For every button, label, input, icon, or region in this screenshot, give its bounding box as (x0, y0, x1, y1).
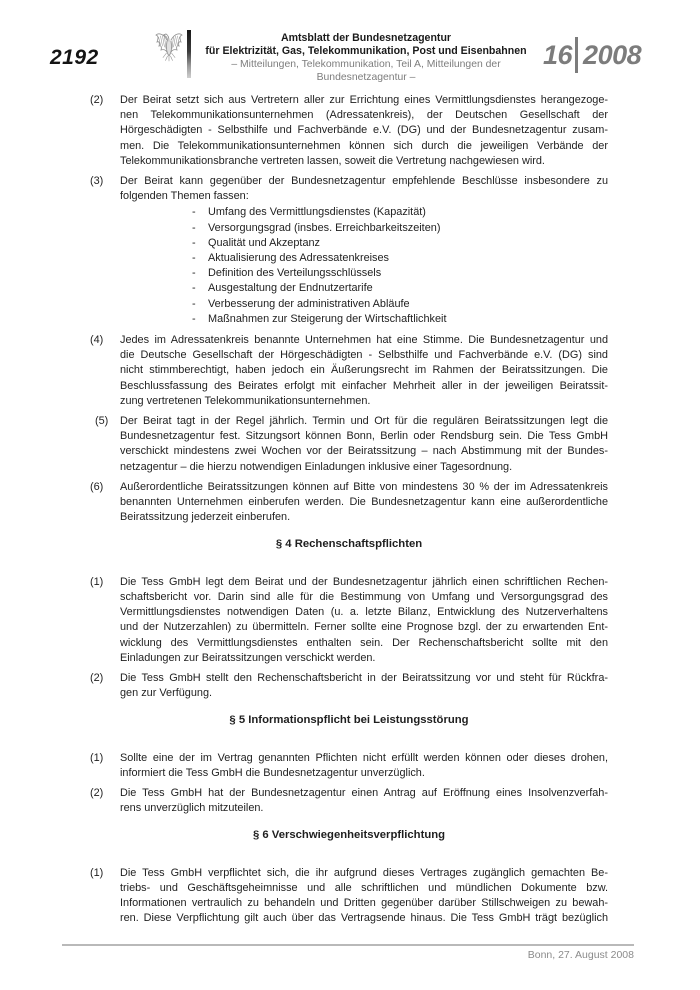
paragraph-line: Die Tess GmbH hat der Bundesnetzagentur … (120, 786, 608, 801)
paragraph-line: schaftsbericht vor. Darin sind alle für … (120, 590, 608, 605)
paragraph-number: (1) (90, 866, 120, 927)
paragraph-line: gen zur Verfügung. (120, 686, 608, 701)
paragraph-line: rens unverzüglich mitzuteilen. (120, 801, 608, 816)
paragraph-line: Einladungen zur Beiratssitzungen verschi… (120, 651, 608, 666)
paragraph-line: verschickt mindestens zwei Wochen vor de… (120, 444, 608, 459)
paragraph-line: Beschlussfassung des Beirates erfolgt mi… (120, 379, 608, 394)
paragraph-text: Jedes im Adressatenkreis benannte Untern… (120, 333, 608, 409)
paragraph-line: folgenden Themen fassen: (120, 189, 608, 204)
paragraph-number: (6) (90, 480, 120, 526)
paragraph-line: Beiratssitzung jederzeit einberufen. (120, 510, 608, 525)
list-dash-icon: - (192, 266, 208, 281)
numbered-paragraph: (5)Der Beirat tagt in der Regel jährlich… (90, 414, 608, 475)
paragraph-line: informiert die Tess GmbH die Bundesnetza… (120, 766, 608, 781)
issue-number: 16 (543, 40, 572, 71)
paragraph-number: (2) (90, 671, 120, 701)
paragraph-text: Der Beirat tagt in der Regel jährlich. T… (120, 414, 608, 475)
topics-list: -Umfang des Vermittlungsdienstes (Kapazi… (192, 205, 608, 327)
paragraph-text: Sollte eine der im Vertrag genannten Pfl… (120, 751, 608, 781)
paragraph-line: Der Beirat tagt in der Regel jährlich. T… (120, 414, 608, 429)
list-item-text: Definition des Verteilungsschlüssels (208, 266, 381, 281)
paragraph-line: Vermittlungsdienstes notwendigen Daten (… (120, 605, 608, 620)
paragraph-line: netzagentur – die hierzu notwendigen Ein… (120, 460, 608, 475)
paragraph-number: (1) (90, 575, 120, 666)
paragraph-number: (3) (90, 174, 120, 204)
list-item-text: Umfang des Vermittlungsdienstes (Kapazit… (208, 205, 426, 220)
paragraph-text: Außerordentliche Beiratssitzungen können… (120, 480, 608, 526)
paragraph-text: Die Tess GmbH legt dem Beirat und der Bu… (120, 575, 608, 666)
journal-title-line2: für Elektrizität, Gas, Telekommunikation… (205, 45, 527, 58)
paragraph-number: (1) (90, 751, 120, 781)
paragraph-line: Hörgeschädigten - Selbsthilfe und Fachve… (120, 123, 608, 138)
list-item-text: Aktualisierung des Adressatenkreises (208, 251, 389, 266)
list-item: -Maßnahmen zur Steigerung der Wirtschaft… (192, 312, 608, 327)
header-divider-bar (187, 30, 191, 78)
list-item: -Umfang des Vermittlungsdienstes (Kapazi… (192, 205, 608, 220)
numbered-paragraph: (1)Die Tess GmbH legt dem Beirat und der… (90, 575, 608, 666)
numbered-paragraph: (2)Der Beirat setzt sich aus Vertretern … (90, 93, 608, 169)
paragraph-line: wicklung des Vermittlungsdienstes enthal… (120, 636, 608, 651)
list-dash-icon: - (192, 236, 208, 251)
paragraph-line: Außerordentliche Beiratssitzungen können… (120, 480, 608, 495)
paragraph-line: nen Telekommunikationsunternehmen (Adres… (120, 108, 608, 123)
paragraph-line: ren. Diese Verpflichtung gilt auch über … (120, 911, 608, 926)
list-dash-icon: - (192, 312, 208, 327)
paragraph-line: Die Tess GmbH legt dem Beirat und der Bu… (120, 575, 608, 590)
paragraph-line: Die Tess GmbH stellt den Rechenschaftsbe… (120, 671, 608, 686)
paragraph-line: Der Beirat kann gegenüber der Bundesnetz… (120, 174, 608, 189)
journal-title-line1: Amtsblatt der Bundesnetzagentur (205, 32, 527, 45)
paragraph-line: Informationen vertraulich zu behandeln u… (120, 896, 608, 911)
list-item-text: Qualität und Akzeptanz (208, 236, 320, 251)
section-heading: § 4 Rechenschaftspflichten (90, 537, 608, 552)
paragraph-line: Sollte eine der im Vertrag genannten Pfl… (120, 751, 608, 766)
numbered-paragraph: (1)Die Tess GmbH verpflichtet sich, die … (90, 866, 608, 927)
numbered-paragraph: (2)Die Tess GmbH hat der Bundesnetzagent… (90, 786, 608, 816)
paragraph-text: Die Tess GmbH hat der Bundesnetzagentur … (120, 786, 608, 816)
paragraph-number: (5) (90, 414, 120, 475)
document-body: (2)Der Beirat setzt sich aus Vertretern … (90, 93, 608, 931)
list-item: -Qualität und Akzeptanz (192, 236, 608, 251)
paragraph-line: und der Nutzerzahlen) zu übermitteln. Fe… (120, 620, 608, 635)
federal-eagle-icon (154, 30, 184, 62)
paragraph-line: Bundesnetzagentur fest. Sitzungsort könn… (120, 429, 608, 444)
list-item: -Definition des Verteilungsschlüssels (192, 266, 608, 281)
paragraph-line: benannten Unternehmen einberufen werden.… (120, 495, 608, 510)
paragraph-line: die Deutsche Gesellschaft der Hörgeschäd… (120, 348, 608, 363)
paragraph-line: Jedes im Adressatenkreis benannte Untern… (120, 333, 608, 348)
list-item-text: Ausgestaltung der Endnutzertarife (208, 281, 373, 296)
numbered-paragraph: (4)Jedes im Adressatenkreis benannte Unt… (90, 333, 608, 409)
section-heading: § 6 Verschwiegenheitsverpflichtung (90, 828, 608, 843)
paragraph-line: Die Tess GmbH verpflichtet sich, die ihr… (120, 866, 608, 881)
footer-dateline: Bonn, 27. August 2008 (528, 949, 634, 961)
paragraph-line: men. Die Telekommunikationsunternehmen k… (120, 139, 608, 154)
issue-label: 16 2008 (543, 37, 641, 73)
paragraph-text: Die Tess GmbH stellt den Rechenschaftsbe… (120, 671, 608, 701)
paragraph-number: (2) (90, 93, 120, 169)
list-dash-icon: - (192, 221, 208, 236)
numbered-paragraph: (6)Außerordentliche Beiratssitzungen kön… (90, 480, 608, 526)
list-dash-icon: - (192, 251, 208, 266)
list-item-text: Versorgungsgrad (insbes. Erreichbarkeits… (208, 221, 440, 236)
list-item-text: Verbesserung der administrativen Abläufe (208, 297, 410, 312)
list-dash-icon: - (192, 281, 208, 296)
numbered-paragraph: (3)Der Beirat kann gegenüber der Bundesn… (90, 174, 608, 204)
paragraph-number: (2) (90, 786, 120, 816)
issue-divider-bar (575, 37, 578, 73)
paragraph-line: nicht stimmberechtigt, haben jedoch ein … (120, 363, 608, 378)
list-item: -Verbesserung der administrativen Abläuf… (192, 297, 608, 312)
paragraph-text: Die Tess GmbH verpflichtet sich, die ihr… (120, 866, 608, 927)
journal-subtitle: – Mitteilungen, Telekommunikation, Teil … (205, 58, 527, 84)
paragraph-text: Der Beirat setzt sich aus Vertretern all… (120, 93, 608, 169)
list-item: -Aktualisierung des Adressatenkreises (192, 251, 608, 266)
issue-year: 2008 (583, 40, 641, 71)
list-item-text: Maßnahmen zur Steigerung der Wirtschaftl… (208, 312, 446, 327)
numbered-paragraph: (1)Sollte eine der im Vertrag genannten … (90, 751, 608, 781)
paragraph-number: (4) (90, 333, 120, 409)
section-heading: § 5 Informationspflicht bei Leistungsstö… (90, 713, 608, 728)
footer-rule (62, 944, 634, 946)
masthead: Amtsblatt der Bundesnetzagentur für Elek… (205, 32, 527, 84)
paragraph-line: Telekommunikationsbranche vertreten lass… (120, 154, 608, 169)
numbered-paragraph: (2)Die Tess GmbH stellt den Rechenschaft… (90, 671, 608, 701)
paragraph-line: Der Beirat setzt sich aus Vertretern all… (120, 93, 608, 108)
paragraph-line: zung vertretenen Telekommunikationsunter… (120, 394, 608, 409)
page-number: 2192 (50, 46, 99, 70)
paragraph-line: triebs- und Geschäftsgeheimnisse und all… (120, 881, 608, 896)
document-page: 2192 Amtsblatt der Bundesnetzagentur für… (0, 0, 700, 990)
list-item: -Versorgungsgrad (insbes. Erreichbarkeit… (192, 221, 608, 236)
list-dash-icon: - (192, 205, 208, 220)
paragraph-text: Der Beirat kann gegenüber der Bundesnetz… (120, 174, 608, 204)
list-item: -Ausgestaltung der Endnutzertarife (192, 281, 608, 296)
list-dash-icon: - (192, 297, 208, 312)
